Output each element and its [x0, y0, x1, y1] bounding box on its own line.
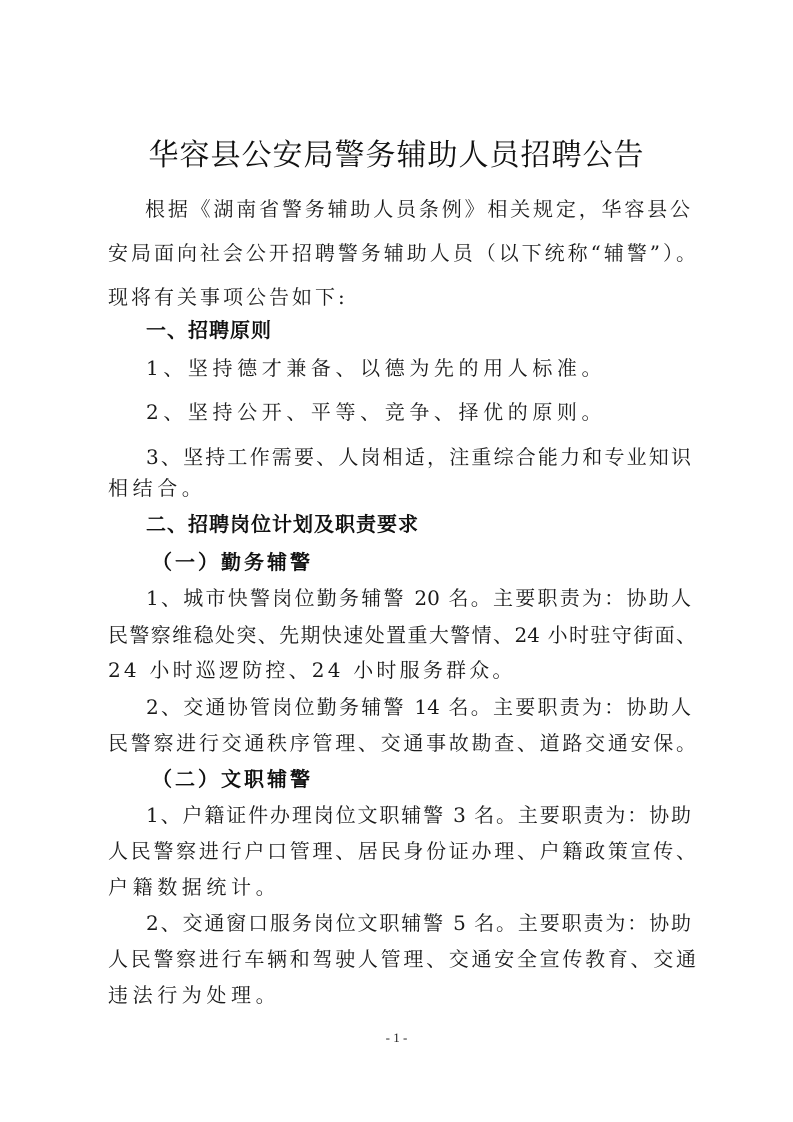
clerical-item-2-line-1: 2、交通窗口服务岗位文职辅警 5 名。主要职责为：协助	[146, 909, 691, 937]
subsection-heading-clerical: （二）文职辅警	[152, 765, 313, 793]
section-heading-principles: 一、招聘原则	[146, 316, 272, 344]
intro-line-3: 现将有关事项公告如下:	[108, 283, 348, 311]
intro-line-1: 根据《湖南省警务辅助人员条例》相关规定，华容县公	[145, 195, 690, 223]
principle-3-line-2: 相结合。	[108, 474, 206, 502]
duty-item-1-line-3: 24 小时巡逻防控、24 小时服务群众。	[108, 656, 516, 684]
page-number: - 1 -	[0, 1030, 793, 1046]
document-page: 华容县公安局警务辅助人员招聘公告 根据《湖南省警务辅助人员条例》相关规定，华容县…	[0, 0, 793, 1122]
subsection-heading-duty: （一）勤务辅警	[152, 548, 313, 576]
principle-1: 1、坚持德才兼备、以德为先的用人标准。	[146, 354, 606, 382]
clerical-item-1-line-2: 人民警察进行户口管理、居民身份证办理、户籍政策宣传、	[108, 837, 696, 865]
clerical-item-2-line-2: 人民警察进行车辆和驾驶人管理、交通安全宣传教育、交通	[108, 945, 696, 973]
clerical-item-1-line-1: 1、户籍证件办理岗位文职辅警 3 名。主要职责为：协助	[146, 801, 691, 829]
duty-item-1-line-2: 民警察维稳处突、先期快速处置重大警情、24 小时驻守街面、	[108, 621, 696, 649]
principle-3-line-1: 3、坚持工作需要、人岗相适，注重综合能力和专业知识	[146, 443, 691, 471]
clerical-item-1-line-3: 户籍数据统计。	[108, 873, 280, 901]
intro-line-2: 安局面向社会公开招聘警务辅助人员（以下统称“辅警”）。	[108, 239, 696, 267]
duty-item-2-line-1: 2、交通协管岗位勤务辅警 14 名。主要职责为：协助人	[146, 693, 691, 721]
clerical-item-2-line-3: 违法行为处理。	[108, 981, 280, 1009]
section-heading-positions: 二、招聘岗位计划及职责要求	[146, 510, 419, 538]
principle-2: 2、坚持公开、平等、竞争、择优的原则。	[146, 398, 606, 426]
duty-item-2-line-2: 民警察进行交通秩序管理、交通事故勘查、道路交通安保。	[108, 729, 696, 757]
document-title: 华容县公安局警务辅助人员招聘公告	[0, 136, 793, 176]
duty-item-1-line-1: 1、城市快警岗位勤务辅警 20 名。主要职责为：协助人	[146, 584, 691, 612]
